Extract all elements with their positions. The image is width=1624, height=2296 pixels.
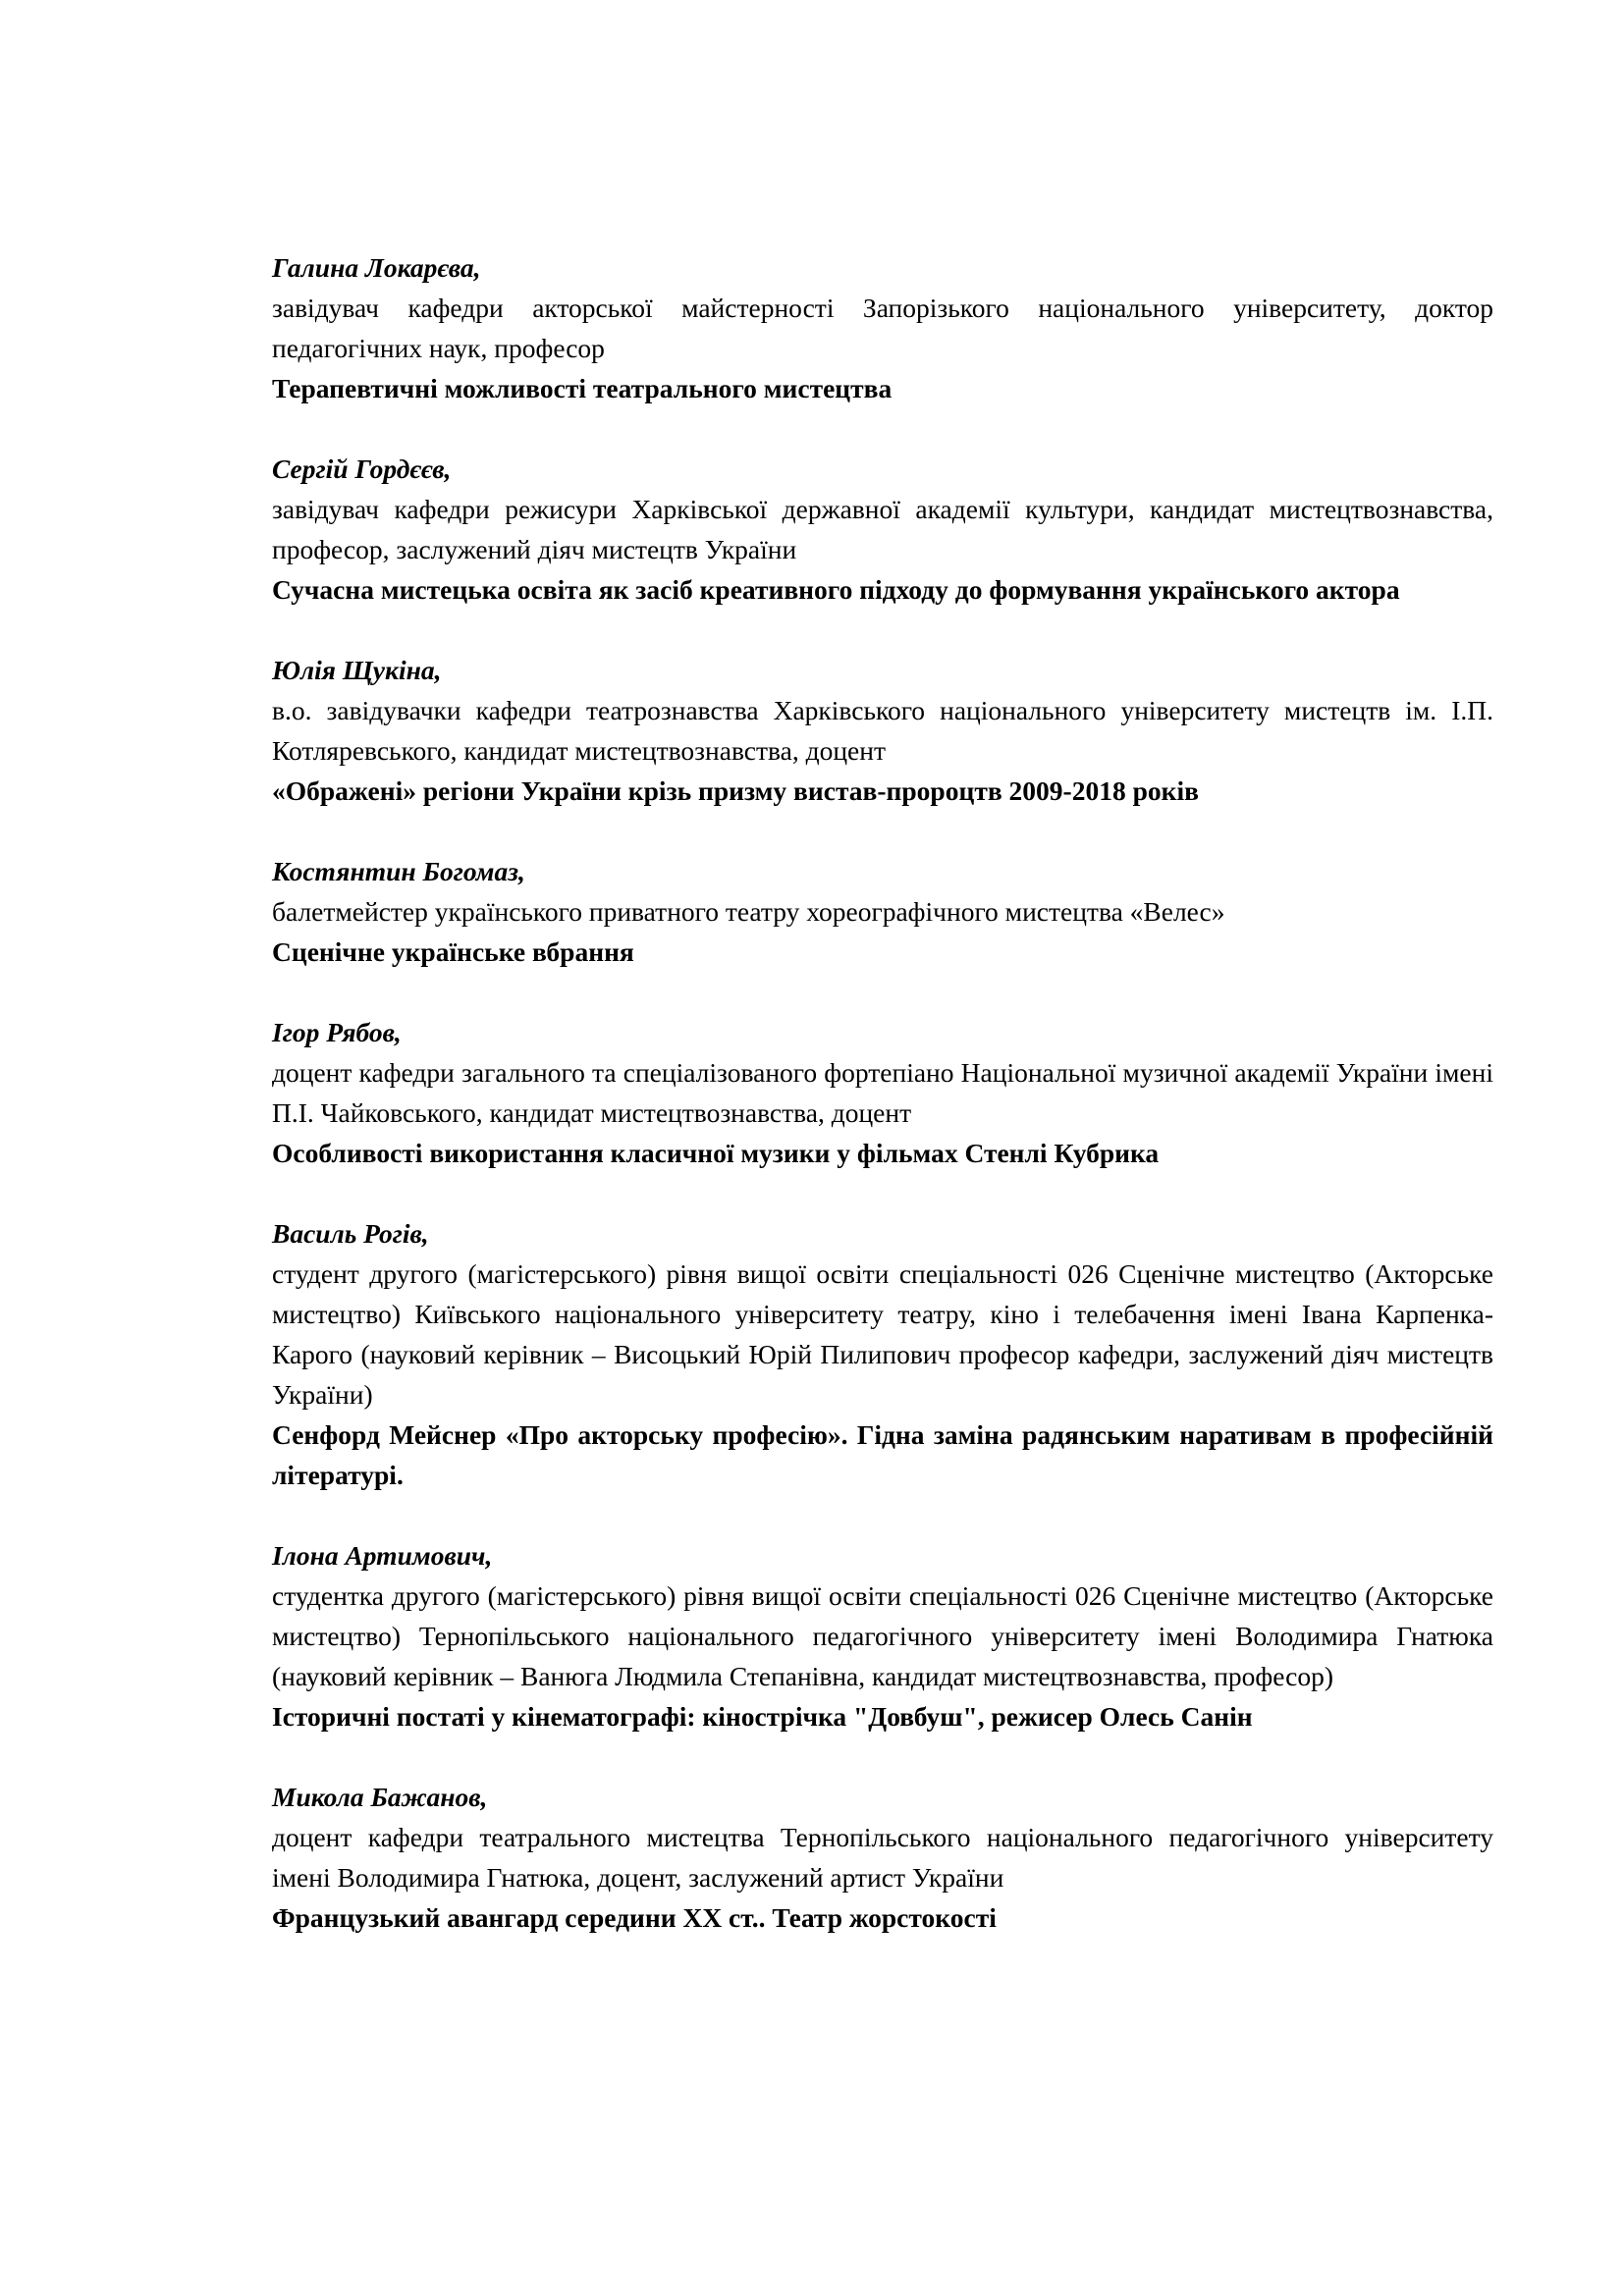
speaker-affiliation: балетмейстер українського приватного теа… bbox=[272, 891, 1493, 932]
speaker-affiliation: завідувач кафедри режисури Харківської д… bbox=[272, 489, 1493, 569]
document-page: Галина Локарєва, завідувач кафедри актор… bbox=[272, 247, 1493, 1978]
speaker-affiliation: доцент кафедри загального та спеціалізов… bbox=[272, 1052, 1493, 1133]
talk-title: «Ображені» регіони України крізь призму … bbox=[272, 771, 1493, 811]
speaker-name: Ілона Артимович, bbox=[272, 1535, 1493, 1575]
speaker-name: Костянтин Богомаз, bbox=[272, 851, 1493, 891]
speaker-affiliation: доцент кафедри театрального мистецтва Те… bbox=[272, 1817, 1493, 1897]
speaker-entry: Сергій Гордєєв, завідувач кафедри режису… bbox=[272, 449, 1493, 610]
talk-title: Особливості використання класичної музик… bbox=[272, 1133, 1493, 1173]
speaker-name: Юлія Щукіна, bbox=[272, 650, 1493, 690]
speaker-name: Сергій Гордєєв, bbox=[272, 449, 1493, 489]
speaker-name: Микола Бажанов, bbox=[272, 1777, 1493, 1817]
speaker-name: Ігор Рябов, bbox=[272, 1012, 1493, 1052]
speaker-affiliation: завідувач кафедри акторської майстерност… bbox=[272, 288, 1493, 368]
talk-title: Історичні постаті у кінематографі: кінос… bbox=[272, 1696, 1493, 1736]
speaker-affiliation: студентка другого (магістерського) рівня… bbox=[272, 1575, 1493, 1696]
speaker-affiliation: студент другого (магістерського) рівня в… bbox=[272, 1254, 1493, 1415]
speaker-entry: Ілона Артимович, студентка другого (магі… bbox=[272, 1535, 1493, 1736]
speaker-entry: Костянтин Богомаз, балетмейстер українсь… bbox=[272, 851, 1493, 972]
speaker-affiliation: в.о. завідувачки кафедри театрознавства … bbox=[272, 690, 1493, 771]
speaker-entry: Юлія Щукіна, в.о. завідувачки кафедри те… bbox=[272, 650, 1493, 811]
speaker-name: Василь Рогів, bbox=[272, 1213, 1493, 1254]
talk-title: Французький авангард середини XX ст.. Те… bbox=[272, 1897, 1493, 1938]
speaker-entry: Микола Бажанов, доцент кафедри театральн… bbox=[272, 1777, 1493, 1938]
speaker-name: Галина Локарєва, bbox=[272, 247, 1493, 288]
speaker-entry: Василь Рогів, студент другого (магістерс… bbox=[272, 1213, 1493, 1495]
talk-title: Сучасна мистецька освіта як засіб креати… bbox=[272, 569, 1493, 610]
speaker-entry: Галина Локарєва, завідувач кафедри актор… bbox=[272, 247, 1493, 408]
speaker-entry: Ігор Рябов, доцент кафедри загального та… bbox=[272, 1012, 1493, 1173]
talk-title: Сенфорд Мейснер «Про акторську професію»… bbox=[272, 1415, 1493, 1495]
talk-title: Терапевтичні можливості театрального мис… bbox=[272, 368, 1493, 408]
talk-title: Сценічне українське вбрання bbox=[272, 932, 1493, 972]
